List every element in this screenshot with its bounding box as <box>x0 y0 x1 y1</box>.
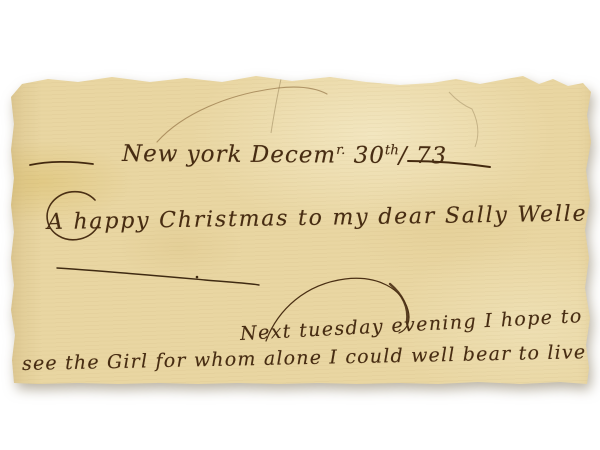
date-day: 30 <box>345 143 385 169</box>
top-arc-flourish <box>157 87 327 142</box>
ink-dot <box>196 276 199 279</box>
date-place-month: New york Decem <box>122 141 336 168</box>
date-slash-year: / 73 <box>399 143 448 169</box>
greeting-line: A happy Christmas to my dear Sally Welle… <box>47 201 600 235</box>
long-pen-stroke <box>57 268 259 285</box>
paper-shadow: New york Decemr. 30th/ 73 A happy Christ… <box>0 0 600 450</box>
top-crease-line <box>271 79 281 133</box>
date-superscript-th: th <box>385 143 399 158</box>
date-line: New york Decemr. 30th/ 73 <box>122 141 447 169</box>
date-left-dash-stroke <box>30 162 93 165</box>
top-right-crease <box>449 92 478 147</box>
manuscript-paper: New york Decemr. 30th/ 73 A happy Christ… <box>0 0 600 450</box>
body-line-1: Next tuesday evening I hope to <box>239 305 583 345</box>
body-line-2: see the Girl for whom alone I could well… <box>22 341 587 375</box>
photo-background: New york Decemr. 30th/ 73 A happy Christ… <box>0 0 600 450</box>
